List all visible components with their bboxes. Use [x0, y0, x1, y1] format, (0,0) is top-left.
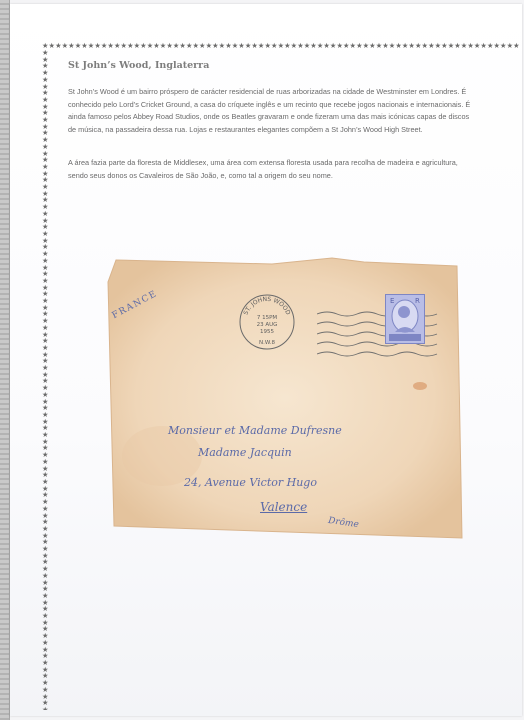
address-line-3: 24, Avenue Victor Hugo — [184, 476, 317, 489]
album-binding-strip — [0, 0, 10, 720]
svg-text:7 15PM: 7 15PM — [257, 315, 278, 321]
svg-text:23 AUG: 23 AUG — [257, 322, 278, 328]
star-border-top: ★★★★★★★★★★★★★★★★★★★★★★★★★★★★★★★★★★★★★★★★… — [42, 42, 520, 50]
page-title: St John’s Wood, Inglaterra — [68, 60, 209, 71]
svg-text:R: R — [415, 297, 420, 305]
address-line-1: Monsieur et Madame Dufresne — [168, 424, 342, 437]
envelope-photo: FRANCE ST. JOHNS WOOD 7 15PM 23 AUG 1955… — [102, 256, 464, 540]
star-border-left: ★★★★★★★★★★★★★★★★★★★★★★★★★★★★★★★★★★★★★★★★… — [42, 50, 52, 710]
address-line-2: Madame Jacquin — [198, 446, 292, 459]
wavy-cancellation-lines — [317, 306, 447, 366]
svg-text:1955: 1955 — [260, 329, 274, 335]
address-line-4: Valence — [260, 500, 307, 514]
svg-text:ST. JOHNS WOOD: ST. JOHNS WOOD — [242, 296, 291, 317]
description-paragraph-1: St John’s Wood é um bairro próspero de c… — [68, 86, 478, 137]
svg-text:N.W.8: N.W.8 — [259, 340, 275, 346]
svg-text:E: E — [390, 297, 394, 305]
description-paragraph-2: A área fazia parte da floresta de Middle… — [68, 157, 478, 182]
postmark: ST. JOHNS WOOD 7 15PM 23 AUG 1955 N.W.8 — [238, 293, 296, 351]
album-page: ★★★★★★★★★★★★★★★★★★★★★★★★★★★★★★★★★★★★★★★★… — [10, 4, 522, 716]
postage-stamp: E R — [385, 294, 425, 344]
